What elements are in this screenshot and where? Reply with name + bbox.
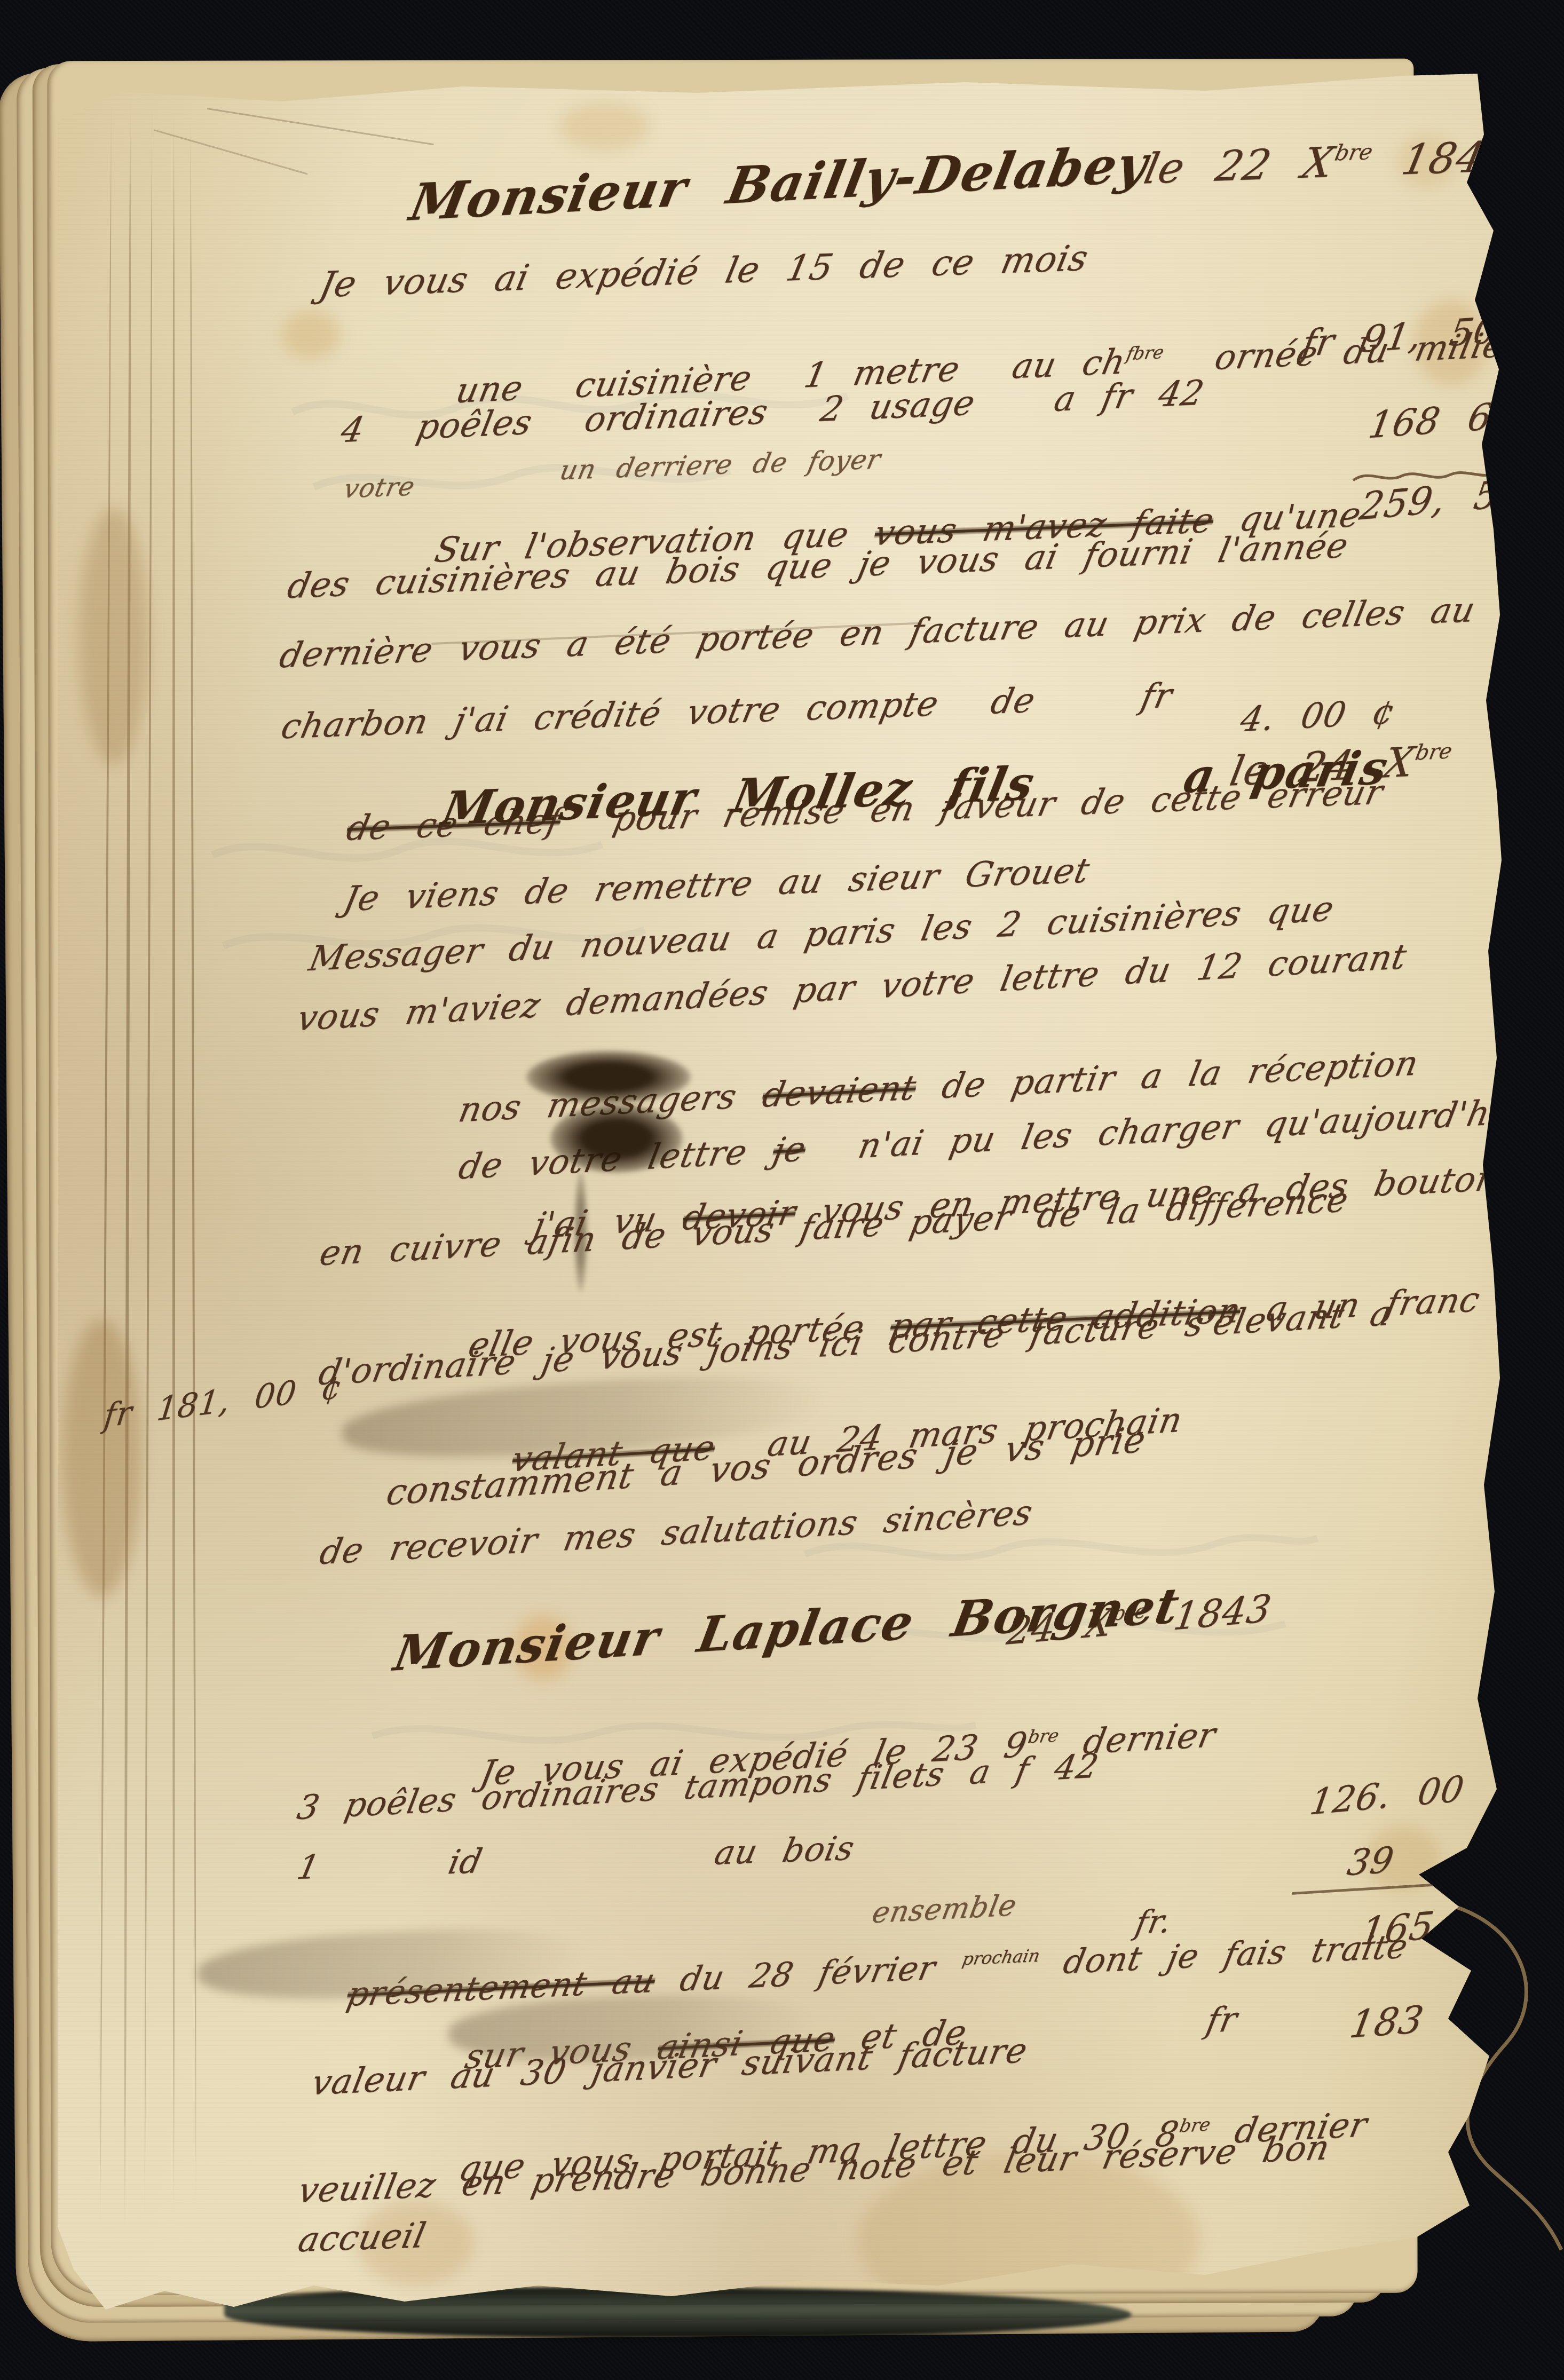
letter1-body-line3: charbon j'ai crédité votre compte de fr: [278, 676, 1176, 747]
paper-stain: [62, 1319, 142, 1597]
top-left-fold-line: [207, 108, 434, 145]
letter1-date-year: 1843: [1365, 132, 1516, 186]
letter1-opening-line: Je vous ai expédié le 15 de ce mois: [316, 237, 1092, 305]
letter3-draft-amount: 183: [1347, 1997, 1427, 2047]
gutter-crease: [99, 102, 113, 2232]
letter2-margin-amount: fr 181, 00 ¢: [102, 1367, 345, 1435]
letter2-date-superscript: bre: [1413, 739, 1455, 765]
gutter-crease: [123, 97, 132, 2237]
gutter-crease: [172, 108, 175, 2216]
letter3-line4-superscript: prochain: [960, 1946, 1041, 1970]
paper-stain: [79, 508, 148, 764]
letter3-line9: accueil: [295, 2216, 430, 2260]
letter1-date-superscript: bre: [1332, 139, 1375, 166]
manuscript-page: le 22 Xbre 1843 Monsieur Bailly-Delabey …: [58, 70, 1502, 2310]
top-left-fold-line: [154, 129, 308, 175]
letter3-item2-amount: 39: [1344, 1839, 1397, 1884]
letter1-item1-superscript: fbre: [1125, 342, 1166, 364]
letter3-line1-superscript: bre: [1026, 1725, 1061, 1747]
gutter-crease: [144, 100, 153, 2224]
letter1-date-text: le 22 X: [1140, 139, 1339, 194]
paper-stain: [559, 102, 650, 151]
gutter-crease: [189, 113, 197, 2205]
letter3-item1-amount: 126. 00: [1307, 1768, 1467, 1823]
ink-blot: [526, 1050, 691, 1104]
scanned-letterbook-photo: le 22 Xbre 1843 Monsieur Bailly-Delabey …: [0, 0, 1564, 2380]
